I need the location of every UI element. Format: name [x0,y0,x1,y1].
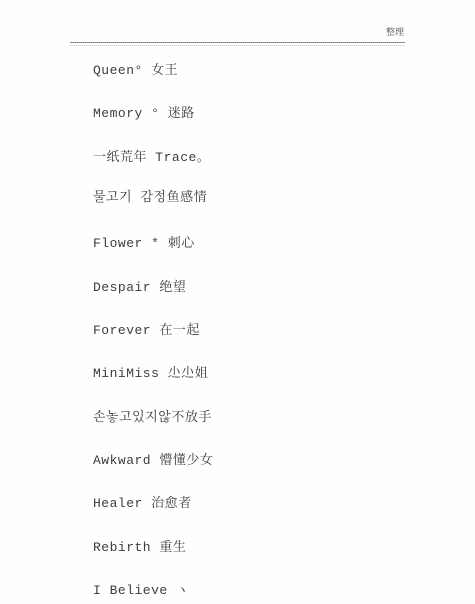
nickname-line: 손놓고있지않不放手 [93,410,212,425]
nickname-line: Awkward 懵懂少女 [93,453,213,468]
header-label: 整理 [386,27,404,38]
nickname-line: Forever 在一起 [93,323,200,338]
document-page: 整理 Queen° 女王 Memory ° 迷路 一纸荒年 Trace。 물고기… [0,0,475,604]
nickname-line: Healer 治愈者 [93,496,192,511]
nickname-line: Rebirth 重生 [93,540,186,555]
header-rule-divider [70,42,405,46]
nickname-line: I Believe ヽ [93,583,190,598]
nickname-line: Memory ° 迷路 [93,106,195,121]
nickname-line: Queen° 女王 [93,63,178,78]
nickname-line: MiniMiss 尐尐姐 [93,366,208,381]
nickname-line: Despair 绝望 [93,280,186,295]
nickname-line: 一纸荒年 Trace。 [93,150,210,165]
nickname-line: 물고기 감정鱼感情 [93,190,207,205]
nickname-line: Flower * 刺心 [93,236,195,251]
